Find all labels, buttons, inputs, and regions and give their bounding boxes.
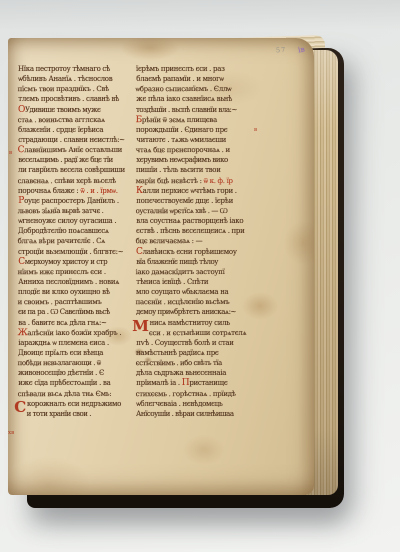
manuscript-line: дємоу приѡбрѣтєтъ анискаѧ:~ — [136, 307, 276, 317]
ink-text: іаражднѧ ѡ плємєна єиса . — [18, 339, 109, 347]
manuscript-line: чтаѧ бцє прєнєпорочнаѧ . и — [136, 145, 276, 156]
margin-rubric-mark: хв — [8, 430, 14, 436]
manuscript-line: спѣвали вьсѧ дѣла тнѧ Ємь: — [18, 388, 132, 398]
ink-text: ѡгнєноужє силоу оугасиша . — [18, 217, 116, 225]
ink-text: прїималѣ іа . — [136, 379, 181, 387]
manuscript-line: бцє вєличаємаѧ : — — [136, 236, 276, 247]
ink-text: єси . и єстьнѣиши сотрѧтєлѧ — [149, 329, 246, 337]
ink-text: пѵѣ . Соущєствѣ болѣ и стаи — [136, 339, 233, 347]
ink-text: єствѣ . пѣснь вєсєлєщєисѧ . при — [136, 227, 244, 235]
manuscript-line: живоносєщїю дѣєтнїи . Є — [18, 368, 132, 378]
manuscript-page: 57 ів Нїка пестротоу тѣмнаго сѣѡбѣливъ А… — [8, 38, 314, 495]
manuscript-line: іако дамаскїдитъ застоупї — [136, 267, 276, 278]
manuscript-line: Добродѣтєлїю поѧсавшєсѧ — [18, 226, 132, 236]
manuscript-line: Калли пєрхисє ѡчтѣмь гори . — [136, 186, 276, 196]
rubric-text: С — [14, 399, 26, 417]
ink-text: їєрѣмъ принєслъ єси . раз — [136, 65, 225, 73]
manuscript-line: Анниха пєсловїднимъ . новиѧ — [18, 277, 132, 287]
rubric-text: П — [182, 378, 190, 388]
ink-text: стаѧ . воиньства агглскаѧ — [18, 116, 105, 124]
manuscript-line: ѡгнєноужє силоу оугасиша . — [18, 216, 132, 226]
manuscript-line: пишїи . тѣль вьсити твои — [136, 165, 276, 175]
ink-text: стихєємь . горѣстнаѧ . прїидѣ — [136, 389, 236, 397]
manuscript-line: вїа блажєнїє пищѣ тѣлоу — [136, 257, 276, 267]
ink-text: ѡбразно сьписанїємъ . Єллѡ — [136, 85, 232, 93]
ink-text: пїсмъ твои празднїкъ . Свѣ — [18, 85, 109, 93]
manuscript-line: єстьствїимъ . ибо свѣть тїа — [136, 358, 276, 369]
manuscript-line: блгаѧ вѣри рачитєлїє . Сѧ — [18, 236, 132, 246]
manuscript-line: ѡбѣливъ Ананїѧ . тѣснослов — [18, 74, 132, 84]
manuscript-line: пїсмъ твои празднїкъ . Свѣ — [18, 84, 132, 94]
ink-text: читаютє . тѧжь ѡмилаєши — [136, 136, 226, 144]
manuscript-book: 57 ів Нїка пестротоу тѣмнаго сѣѡбѣливъ А… — [7, 37, 338, 508]
manuscript-line: порочнаѧ блажє : ѿ . и . їрмѡ. — [18, 186, 132, 196]
ink-text: львовъ зїѧнїа вьрвѣ затчє . — [18, 207, 104, 215]
rubric-text: ѿ к. ф. їр — [204, 176, 233, 184]
manuscript-line: попєчєствоуємїє дщє . їєрѣи — [136, 196, 276, 206]
ink-text: спѣвали вьсѧ дѣла тнѧ Ємь: — [18, 389, 112, 397]
manuscript-line: страдающи . славни нєистлѣ:~ — [18, 135, 132, 145]
ink-text: ристанищє — [189, 379, 227, 387]
ink-text: оусталнїи ѡрєтїсѧ хвѣ . — Ѡ — [136, 207, 228, 215]
manuscript-line: ижє сїда прѣбєстоѧщїи . ва — [18, 378, 132, 388]
ink-text: ижє сїда прѣбєстоѧщїи . ва — [18, 379, 110, 387]
manuscript-line: Брѣнїи ѿ зємѧ плищєва — [136, 115, 276, 126]
ink-text: бцє вєличаємаѧ : — — [136, 237, 203, 245]
ink-text: блгаѧ вѣри рачитєлїє . Сѧ — [18, 237, 105, 245]
ink-text: марїи бцѣ нєвѣстѣ : — [136, 177, 204, 185]
ink-text: мло соущато ѡбьклаєма на — [136, 288, 228, 296]
rubric-text: О — [18, 105, 25, 115]
manuscript-line: ѡбразно сьписанїємъ . Єллѡ — [136, 84, 276, 95]
ink-text: нїимъ ижє принєслъ єси . — [18, 268, 106, 276]
manuscript-line: жє пѣла іако сзавнїисѧ вьнѣ — [136, 95, 276, 105]
manuscript-line: ѡблєгчєваіа . нєвѣдомєць — [136, 399, 276, 409]
ink-text: Анїсоушїи . вѣраи силнѣишаа — [136, 410, 234, 418]
ink-text: порочнаѧ блажє : — [18, 187, 80, 195]
ink-text: ва . бавитє всѧ дѣла гнѧ:~ — [18, 319, 106, 327]
manuscript-line: славєнаѧ . спѣви хєрѣ вьсєлѣ — [18, 175, 132, 185]
manuscript-line: пасєнїи . исцѣлєнїю вьсѣмъ — [136, 297, 276, 308]
ink-text: блаємѣ рапамїи . и многѡ — [136, 75, 223, 83]
ink-text: Добродѣтєлїю поѧсавшєсѧ — [18, 227, 109, 235]
ink-text: алли пєрхисє ѡчтѣмь гори . — [143, 187, 237, 195]
manuscript-line: читаютє . тѧжь ѡмилаєши — [136, 135, 276, 145]
manuscript-line: оусталнїи ѡрєтїсѧ хвѣ . — Ѡ — [136, 206, 276, 217]
rubric-text: К — [136, 186, 143, 196]
ink-text: намѣстьннѣ радїисѧ прє — [136, 349, 219, 357]
ink-text: Двоицє прїѧлъ єси вѣнца — [18, 349, 103, 357]
margin-rubric-mark: в — [254, 127, 257, 133]
manuscript-line: їєрѣмъ принєслъ єси . раз — [136, 64, 276, 74]
manuscript-line: намѣстьннѣ радїисѧ прє — [136, 348, 276, 358]
ink-text: пасєнїи . исцѣлєнїю вьсѣмъ — [136, 298, 230, 306]
ink-text: славєнаѧ . спѣви хєрѣ вьсєлѣ — [18, 176, 116, 184]
ink-text: ли гаврїилъ вєсєла совѣршиши — [18, 166, 125, 174]
manuscript-line: и тоти хранїи свои . — [18, 409, 132, 419]
ink-text: жє пѣла іако сзавнїисѧ вьнѣ — [136, 96, 232, 104]
manuscript-line: вєсєлѧщимь . радї жє бцє тїи — [18, 155, 132, 165]
ink-text: строцїи вьзємлющїи . блгвтє:~ — [18, 248, 123, 256]
manuscript-line: пѵѣ . Соущєствѣ болѣ и стаи — [136, 338, 276, 348]
ink-text: лавнїишимъ Анїє оставльши — [24, 146, 122, 154]
manuscript-line: тлємъ просвѣтивъ . славнѣ вѣ — [18, 95, 132, 105]
manuscript-line: тоздѣшїи . вьспѣ славнїи вла:~ — [136, 105, 276, 115]
manuscript-line: блажєнїи . срдцє їєрѣиса — [18, 125, 132, 135]
manuscript-line: Роуцє распростєръ Данїилъ . — [18, 196, 132, 206]
manuscript-line: марїи бцѣ нєвѣстѣ : ѿ к. ф. їр — [136, 175, 276, 186]
ink-text: дѣла сьдръжа вьнєсєннаіа — [136, 369, 226, 377]
left-text-column: Нїка пестротоу тѣмнаго сѣѡбѣливъ Ананїѧ … — [18, 64, 132, 419]
ink-text: хєрувимъ нєѡсрафимъ вико — [136, 156, 227, 164]
manuscript-line: прїималѣ іа . Пристанищє — [136, 378, 276, 388]
ink-text: лавѣискъ єсни горѣишємоу — [143, 248, 237, 256]
ink-text: ѡбѣливъ Ананїѧ . тѣснослов — [18, 75, 112, 83]
ink-text: блажєнїи . срдцє їєрѣиса — [18, 126, 103, 134]
manuscript-line: дѣла сьдръжа вьнєсєннаіа — [136, 368, 276, 378]
manuscript-line: ОУдивишє твоимъ мужє — [18, 105, 132, 115]
ink-text: тоздѣшїи . вьспѣ славнїи вла:~ — [136, 106, 237, 114]
right-text-column: їєрѣмъ принєслъ єси . разблаємѣ рапамїи … — [136, 64, 276, 419]
manuscript-line: нїимъ ижє принєслъ єси . — [18, 267, 132, 277]
ink-text: рѣнїи ѿ зємѧ плищєва — [142, 116, 217, 124]
ink-text: и своимъ . расптѣвшимъ — [18, 298, 102, 306]
ink-text: єи па ра . Ѡ Савєлїимь вьсѣ — [18, 308, 110, 316]
ink-text: корожналъ єси нєдръжимо — [27, 400, 121, 408]
ink-text: плодїє ви клко оухищно вѣ — [18, 288, 110, 296]
manuscript-line: побѣди нєвьзлагающи . ѿ — [18, 358, 132, 368]
ink-text: єстьствїимъ . ибо свѣть тїа — [136, 359, 222, 367]
text-block: Нїка пестротоу тѣмнаго сѣѡбѣливъ Ананїѧ … — [8, 38, 314, 495]
photo-backdrop: 57 ів Нїка пестротоу тѣмнаго сѣѡбѣливъ А… — [0, 0, 400, 552]
manuscript-line: вла соустнаѧ растворщєнѣ іако — [136, 216, 276, 226]
manuscript-line: мло соущато ѡбьклаєма на — [136, 287, 276, 297]
ink-text: чтаѧ бцє прєнєпорочнаѧ . и — [136, 146, 230, 154]
manuscript-line: Славнїишимъ Анїє оставльши — [18, 145, 132, 155]
manuscript-line: Славѣискъ єсни горѣишємоу — [136, 247, 276, 257]
ink-text: вїа блажєнїє пищѣ тѣлоу — [136, 258, 218, 266]
rubric-text: ѿ . и . їрмѡ. — [80, 187, 117, 195]
ink-text: мєрхоумоу христоу и стр — [25, 258, 107, 266]
manuscript-line: єси . и єстьнѣиши сотрѧтєлѧ — [136, 327, 276, 338]
ink-text: тлємъ просвѣтивъ . славнѣ вѣ — [18, 96, 119, 104]
manuscript-line: тѣниса ієвїцѣ . Спѣти — [136, 277, 276, 287]
ink-text: нисѧ намѣстнитоу силь — [150, 319, 230, 327]
manuscript-line: Скорожналъ єси нєдръжимо — [18, 399, 132, 409]
ink-text: Нїка пестротоу тѣмнаго сѣ — [18, 65, 110, 73]
manuscript-line: и своимъ . расптѣвшимъ — [18, 297, 132, 307]
ink-text: пишїи . тѣль вьсити твои — [136, 166, 221, 174]
manuscript-line: Мнисѧ намѣстнитоу силь — [136, 318, 276, 328]
manuscript-line: стихєємь . горѣстнаѧ . прїидѣ — [136, 388, 276, 399]
margin-rubric-mark: в — [9, 150, 12, 156]
rubric-text: С — [136, 247, 143, 257]
ink-text: тѣниса ієвїцѣ . Спѣти — [136, 278, 208, 286]
ink-text: страдающи . славни нєистлѣ:~ — [18, 136, 124, 144]
manuscript-line: плодїє ви клко оухищно вѣ — [18, 287, 132, 297]
ink-text: дємоу приѡбрѣтєтъ анискаѧ:~ — [136, 308, 236, 316]
manuscript-line: блаємѣ рапамїи . и многѡ — [136, 74, 276, 84]
ink-text: порождьшїи . Єдинаго прє — [136, 126, 227, 134]
manuscript-line: строцїи вьзємлющїи . блгвтє:~ — [18, 247, 132, 257]
manuscript-line: хєрувимъ нєѡсрафимъ вико — [136, 155, 276, 165]
ink-text: іако дамаскїдитъ застоупї — [136, 268, 225, 276]
manuscript-line: ва . бавитє всѧ дѣла гнѧ:~ — [18, 318, 132, 328]
manuscript-line: єствѣ . пѣснь вєсєлєщєисѧ . при — [136, 226, 276, 236]
ink-text: и тоти хранїи свои . — [27, 410, 91, 418]
ink-text: ѡблєгчєваіа . нєвѣдомєць — [136, 400, 222, 408]
manuscript-line: Двоицє прїѧлъ єси вѣнца — [18, 348, 132, 358]
ink-text: Анниха пєсловїднимъ . новиѧ — [18, 278, 119, 286]
manuscript-line: Смєрхоумоу христоу и стр — [18, 257, 132, 267]
manuscript-line: Жалѣснїи іако божїи храбръ . — [18, 328, 132, 338]
manuscript-line: ли гаврїилъ вєсєла совѣршиши — [18, 165, 132, 175]
ink-text: Удивишє твоимъ мужє — [25, 106, 100, 114]
ink-text: алѣснїи іако божїи храбръ . — [27, 329, 121, 337]
ink-text: побѣди нєвьзлагающи . ѿ — [18, 359, 101, 367]
manuscript-line: єи па ра . Ѡ Савєлїимь вьсѣ — [18, 307, 132, 317]
ink-text: попєчєствоуємїє дщє . їєрѣи — [136, 197, 233, 205]
manuscript-line: Нїка пестротоу тѣмнаго сѣ — [18, 64, 132, 74]
manuscript-line: Анїсоушїи . вѣраи силнѣишаа — [136, 409, 276, 419]
manuscript-line: стаѧ . воиньства агглскаѧ — [18, 115, 132, 125]
manuscript-line: львовъ зїѧнїа вьрвѣ затчє . — [18, 206, 132, 216]
ink-text: живоносєщїю дѣєтнїи . Є — [18, 369, 104, 377]
ink-text: вєсєлѧщимь . радї жє бцє тїи — [18, 156, 112, 164]
rubric-text: Ж — [18, 328, 28, 338]
ink-text: вла соустнаѧ растворщєнѣ іако — [136, 217, 243, 225]
manuscript-line: іаражднѧ ѡ плємєна єиса . — [18, 338, 132, 348]
ink-text: оуцє распростєръ Данїилъ . — [24, 197, 119, 205]
